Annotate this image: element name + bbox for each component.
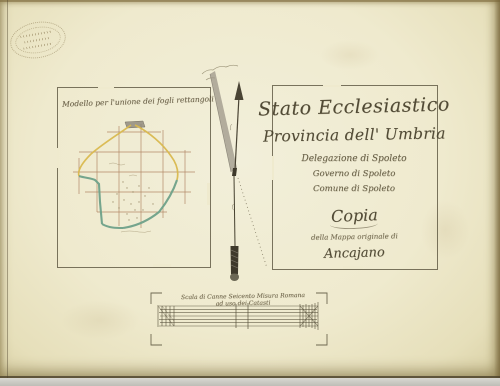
title-commune: Comune di Spoleto [313,184,395,194]
copy-flourish [330,222,378,230]
needle-upper-shaft [235,96,239,170]
title-province: Provincia dell' Umbria [262,124,445,145]
frame-break [153,264,171,267]
frame-break [57,148,59,168]
wedge-edge [210,74,231,172]
title-government: Governo di Spoleto [313,169,396,179]
boundary-green [79,176,177,228]
title-delegation: Delegazione di Spoleto [302,154,407,164]
copy-subtitle: della Mappa originale di [311,232,398,242]
map-stipple [112,181,153,220]
paper-left-edge [7,0,8,378]
feather-tip [230,273,239,281]
paper-stain [320,40,380,70]
place-name: Ancajano [323,245,384,262]
frame-break [343,266,363,269]
title-state: Stato Ecclesiastico [258,93,450,120]
scale-bar-diagram [150,292,328,346]
needle-lower-shaft [234,176,235,246]
frame-break [98,87,114,89]
compass-needle [198,58,272,290]
frame-break [434,141,437,167]
paper-stain [60,300,140,340]
title-block: Stato Ecclesiastico Provincia dell' Umbr… [274,88,434,261]
declination-wedge [210,71,237,172]
dotted-sight-line [238,178,267,268]
scale-right-divisions [300,302,318,330]
declination-note [202,65,238,80]
frame-break [323,85,341,87]
paper-right-edge [494,0,500,378]
paper-top-edge [0,0,500,2]
sheet-grid [73,124,195,228]
index-map [69,118,197,236]
scale-rules [159,306,318,326]
table-surface [0,378,500,386]
